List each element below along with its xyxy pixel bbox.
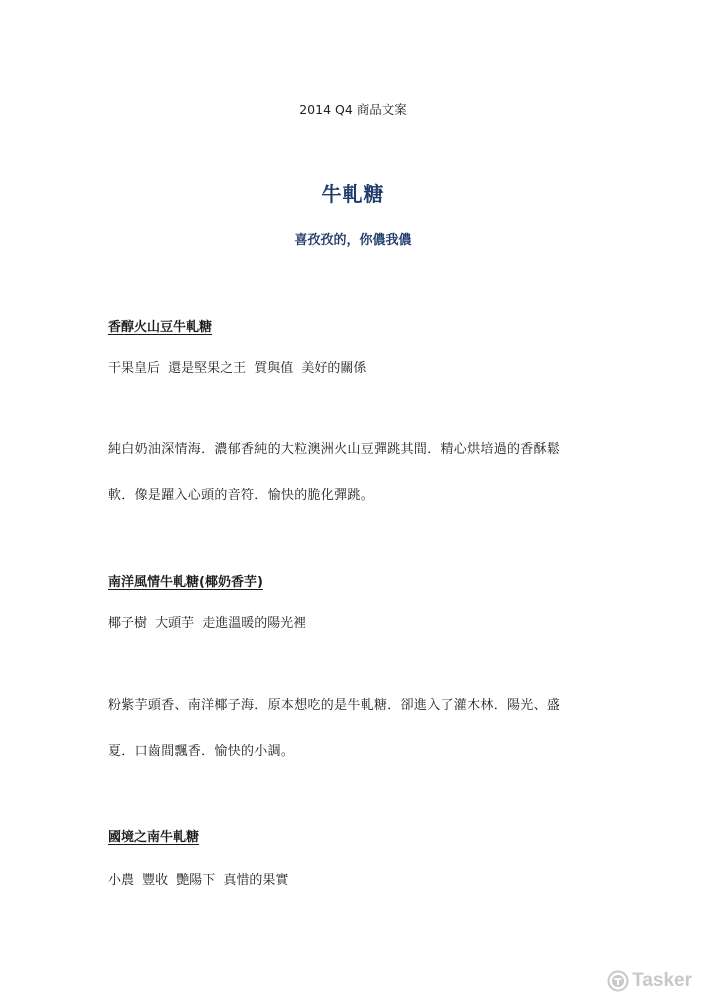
document-title: 牛軋糖 <box>0 178 706 207</box>
tasker-watermark: Tasker <box>607 970 692 992</box>
document-subtitle: 喜孜孜的，你儂我儂 <box>0 229 706 248</box>
section-heading-coconut-taro: 南洋風情牛軋糖(椰奶香芋) <box>108 571 263 590</box>
section-body-coconut-taro: 粉紫芋頭香、南洋椰子海．原本想吃的是牛軋糖．卻進入了灌木林．陽光、盛 夏．口齒間… <box>108 683 608 775</box>
body-line: 粉紫芋頭香、南洋椰子海．原本想吃的是牛軋糖．卻進入了灌木林．陽光、盛 <box>108 683 608 729</box>
body-line: 軟．像是躍入心頭的音符．愉快的脆化彈跳。 <box>108 473 608 519</box>
section-tagline-macadamia: 干果皇后 還是堅果之王 質與值 美好的關係 <box>108 357 366 376</box>
body-line: 夏．口齒間飄香．愉快的小調。 <box>108 729 608 775</box>
document-header: 2014 Q4 商品文案 <box>0 100 706 118</box>
section-heading-southern-border: 國境之南牛軋糖 <box>108 826 199 845</box>
document-page: 2014 Q4 商品文案 牛軋糖 喜孜孜的，你儂我儂 香醇火山豆牛軋糖 干果皇后… <box>0 0 706 1000</box>
section-tagline-coconut-taro: 椰子樹 大頭芋 走進溫暖的陽光裡 <box>108 612 306 631</box>
section-heading-macadamia: 香醇火山豆牛軋糖 <box>108 316 212 335</box>
tasker-logo-icon <box>607 970 629 992</box>
section-tagline-southern-border: 小農 豐收 艷陽下 真惜的果實 <box>108 869 288 888</box>
section-body-macadamia: 純白奶油深情海．濃郁香純的大粒澳洲火山豆彈跳其間．精心烘培過的香酥鬆 軟．像是躍… <box>108 427 608 519</box>
body-line: 純白奶油深情海．濃郁香純的大粒澳洲火山豆彈跳其間．精心烘培過的香酥鬆 <box>108 427 608 473</box>
watermark-label: Tasker <box>632 970 692 992</box>
